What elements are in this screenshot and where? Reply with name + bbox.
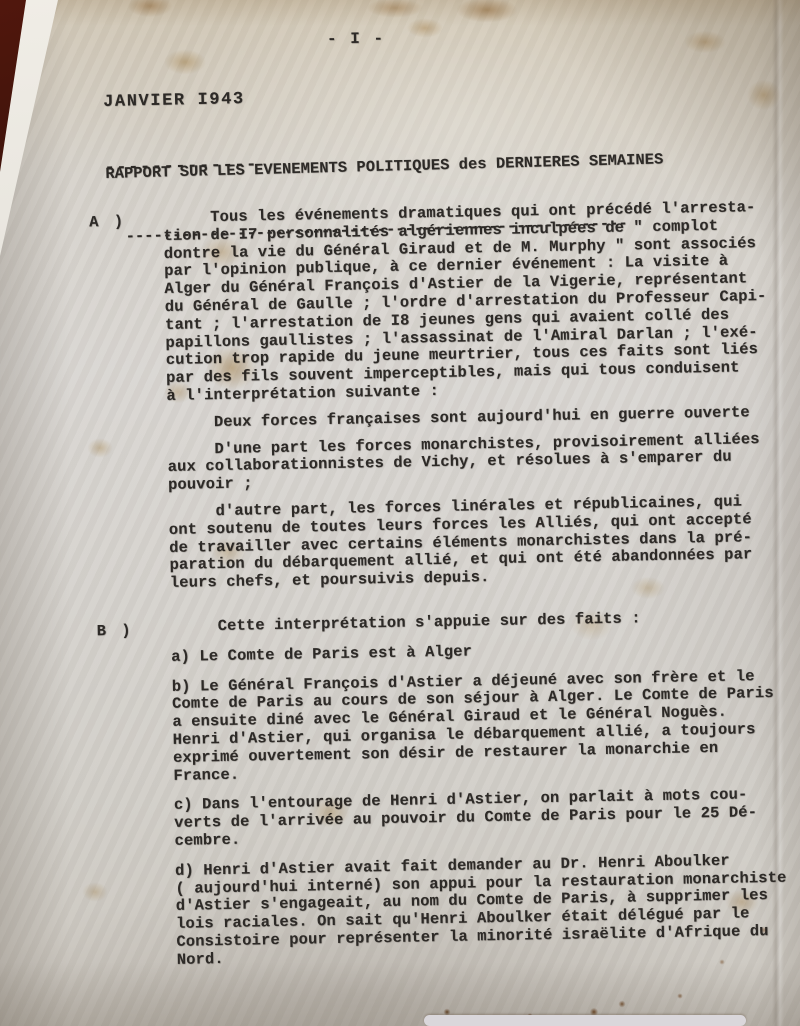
section-a-label: A ) [89,214,126,232]
document-photograph: - I - JANVIER I943 ------------- RAPPORT… [0,0,800,1026]
paragraph-item-c: c) Dans l'entourage de Henri d'Astier, o… [174,785,800,850]
section-b-label: B ) [97,623,134,641]
page-number: - I - [327,30,385,49]
paragraph: D'une part les forces monarchistes, prov… [167,430,800,495]
paragraph: Tous les événements dramatiques qui ont … [163,198,800,406]
sheet-below-page-edge [424,1015,746,1026]
paragraph-item-b: b) Le Général François d'Astier a déjeun… [172,667,800,786]
paragraph-item-a: a) Le Comte de Paris est à Alger [171,637,800,667]
report-title: RAPPORT SUR LES EVENEMENTS POLITIQUES de… [105,149,663,185]
section-a: A ) Tous les événements dramatiques qui … [163,198,800,593]
document-page: - I - JANVIER I943 ------------- RAPPORT… [0,0,800,1026]
date-text: JANVIER I943 [103,89,257,114]
paragraph: Cette interprétation s'appuie sur des fa… [170,607,800,637]
document-body: A ) Tous les événements dramatiques qui … [163,198,800,969]
section-b: B ) Cette interprétation s'appuie sur de… [170,607,800,969]
paragraph: d'autre part, les forces linérales et ré… [168,492,800,593]
paragraph: Deux forces françaises sont aujourd'hui … [167,403,800,433]
paragraph-item-d: d) Henri d'Astier avait fait demander au… [175,851,800,970]
